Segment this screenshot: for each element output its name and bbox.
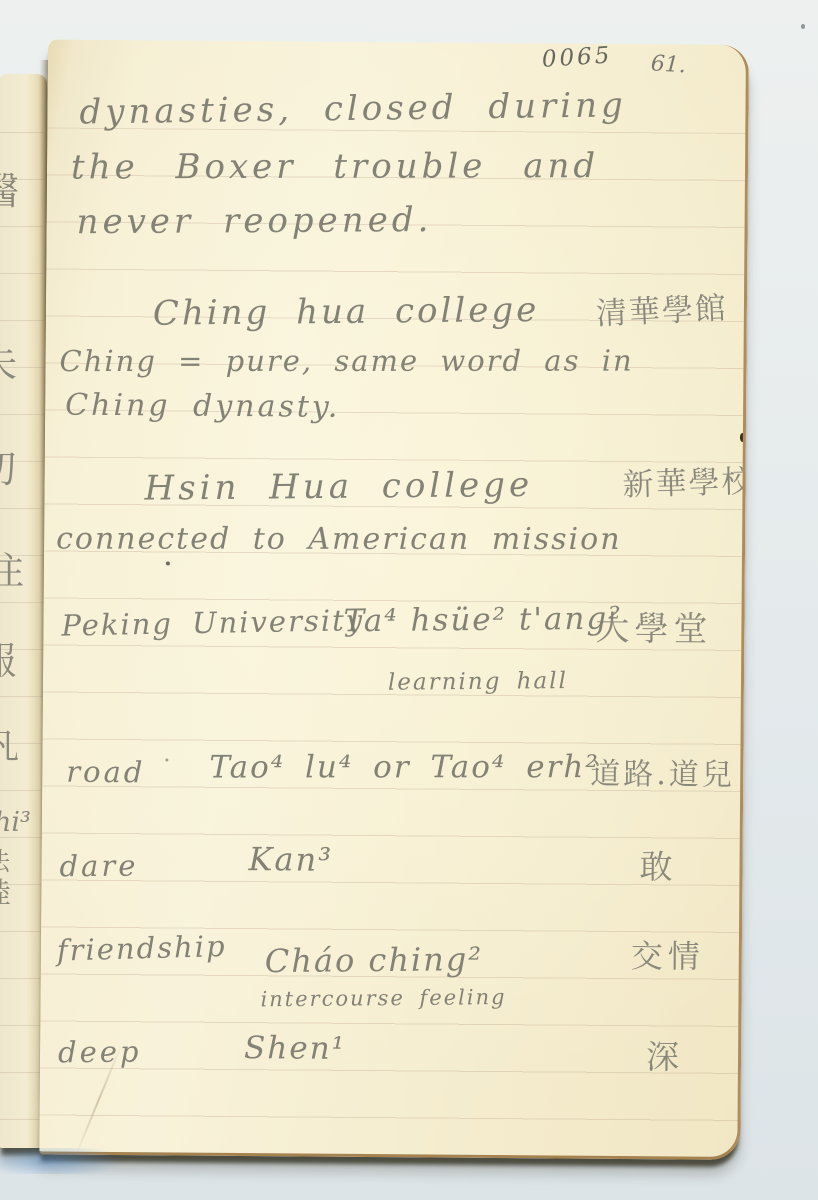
vocab-chinese: 大學堂 [595, 612, 712, 647]
page-number: 61. [650, 53, 686, 77]
vocab-gloss: learning hall [388, 670, 568, 695]
margin-glyph: 醫 [0, 160, 19, 215]
vocab-english: dare [59, 852, 138, 882]
scanned-notebook-photo: 醫 夫 切 住 報 凡 hi³ 法 陸 0065 61. dynasties, … [0, 0, 818, 1200]
vocab-chinese: 交情 [631, 940, 705, 973]
notebook-page: 0065 61. dynasties, closed during the Bo… [39, 39, 749, 1159]
vocab-romanization: Cháo ching² [265, 943, 484, 977]
page-edge-nick [740, 433, 745, 442]
scanner-light-artifact [0, 1148, 170, 1174]
margin-glyph: 夫 [0, 332, 17, 387]
margin-glyph: 報 [0, 630, 17, 685]
margin-glyph: 切 [0, 438, 16, 493]
margin-glyph: 凡 [0, 719, 19, 768]
section-note: Ching dynasty. [65, 391, 340, 423]
vocab-chinese: 道路.道兒 [590, 760, 735, 791]
vocab-english: deep [58, 1038, 142, 1068]
paragraph-line: the Boxer trouble and [71, 149, 599, 184]
margin-glyph: hi³ [0, 807, 31, 838]
pencil-dot [165, 758, 168, 761]
section-note: Ching = pure, same word as in [59, 347, 633, 377]
paragraph-line: never reopened. [77, 203, 433, 239]
scanner-speck [801, 24, 805, 29]
margin-glyph: 住 [0, 540, 24, 595]
catalog-number: 0065 [541, 44, 613, 71]
section-chinese: 新華學校 [622, 467, 749, 502]
pencil-dot [166, 561, 170, 565]
section-title: Ching hua college [153, 293, 540, 331]
vocab-english: friendship [57, 932, 227, 966]
vocab-chinese: 深 [646, 1040, 684, 1073]
vocab-chinese: 敢 [639, 850, 677, 883]
vocab-english: road [66, 758, 145, 788]
vocab-romanization: Ta⁴ hsüe² t'ang² [343, 604, 622, 638]
vocab-romanization: Kan³ [248, 843, 333, 876]
margin-glyph: 陸 [0, 871, 11, 912]
vocab-gloss: intercourse feeling [260, 987, 506, 1010]
vocab-romanization: Tao⁴ lu⁴ or Tao⁴ erh² [209, 752, 599, 783]
section-chinese: 清華學館 [595, 293, 728, 330]
section-title: Hsin Hua college [144, 468, 533, 506]
vocab-english: Peking University [61, 606, 364, 641]
vocab-romanization: Shen¹ [244, 1033, 346, 1065]
section-note: connected to American mission [56, 525, 621, 555]
paragraph-line: dynasties, closed during [79, 88, 627, 129]
